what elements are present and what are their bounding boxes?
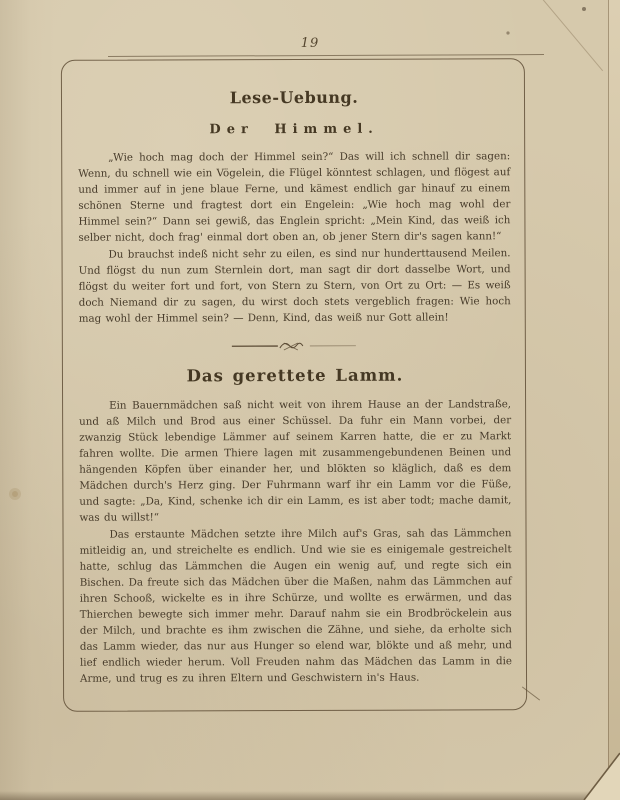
pen-flourish-divider-icon (230, 338, 360, 352)
paragraph-lamm-2: Das erstaunte Mädchen setzte ihre Milch … (79, 525, 512, 687)
page-number: 19 (0, 36, 620, 51)
section-heading-das-gerettete-lamm: Das gerettete Lamm. (79, 365, 511, 386)
section-heading-der-himmel: Der Himmel. (78, 121, 510, 138)
page-right-edge (608, 0, 620, 800)
bottom-page-shadow (0, 791, 620, 800)
lesson-title: Lese-Uebung. (78, 87, 510, 108)
paragraph-himmel-1: „Wie hoch mag doch der Himmel sein?“ Das… (78, 148, 510, 246)
paragraph-himmel-2: Du brauchst indeß nicht sehr zu eilen, e… (79, 245, 511, 327)
paragraph-lamm-1: Ein Bauernmädchen saß nicht weit von ihr… (79, 396, 511, 526)
text-frame-border: Lese-Uebung. Der Himmel. „Wie hoch mag d… (61, 58, 527, 712)
